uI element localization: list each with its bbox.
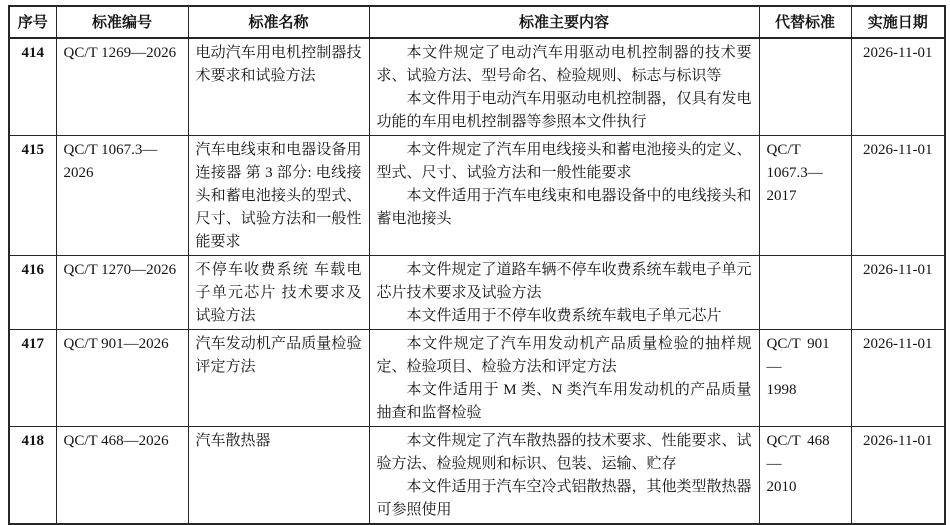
table-row: 415QC/T 1067.3—2026汽车电线束和电器设备用连接器 第 3 部分… bbox=[9, 136, 945, 256]
cell-main-content: 本文件规定了道路车辆不停车收费系统车载电子单元芯片技术要求及试验方法本文件适用于… bbox=[369, 256, 759, 330]
cell-serial-number: 416 bbox=[9, 256, 56, 330]
table-row: 414QC/T 1269—2026电动汽车用电机控制器技术要求和试验方法本文件规… bbox=[9, 38, 945, 136]
cell-replaced-standard: QC/T 901 — 1998 bbox=[759, 330, 851, 427]
cell-replaced-standard bbox=[759, 38, 851, 136]
content-paragraph: 本文件适用于汽车电线束和电器设备中的电线接头和蓄电池接头 bbox=[377, 185, 752, 231]
cell-replaced-standard: QC/T 1067.3— 2017 bbox=[759, 136, 851, 256]
cell-main-content: 本文件规定了汽车散热器的技术要求、性能要求、试验方法、检验规则和标识、包装、运输… bbox=[369, 427, 759, 525]
cell-standard-name: 汽车发动机产品质量检验评定方法 bbox=[188, 330, 369, 427]
cell-standard-code: QC/T 1270—2026 bbox=[56, 256, 188, 330]
cell-serial-number: 417 bbox=[9, 330, 56, 427]
cell-serial-number: 414 bbox=[9, 38, 56, 136]
content-paragraph: 本文件规定了汽车散热器的技术要求、性能要求、试验方法、检验规则和标识、包装、运输… bbox=[377, 430, 752, 476]
cell-main-content: 本文件规定了汽车用发动机产品质量检验的抽样规定、检验项目、检验方法和评定方法本文… bbox=[369, 330, 759, 427]
col-header-standard-code: 标准编号 bbox=[56, 6, 188, 38]
table-header-row: 序号 标准编号 标准名称 标准主要内容 代替标准 实施日期 bbox=[9, 6, 945, 38]
cell-standard-code: QC/T 901—2026 bbox=[56, 330, 188, 427]
col-header-main-content: 标准主要内容 bbox=[369, 6, 759, 38]
table-row: 417QC/T 901—2026汽车发动机产品质量检验评定方法本文件规定了汽车用… bbox=[9, 330, 945, 427]
col-header-standard-name: 标准名称 bbox=[188, 6, 369, 38]
col-header-serial-number: 序号 bbox=[9, 6, 56, 38]
content-paragraph: 本文件规定了汽车用电线接头和蓄电池接头的定义、型式、尺寸、试验方法和一般性能要求 bbox=[377, 139, 752, 185]
cell-serial-number: 415 bbox=[9, 136, 56, 256]
content-paragraph: 本文件规定了道路车辆不停车收费系统车载电子单元芯片技术要求及试验方法 bbox=[377, 259, 752, 305]
content-paragraph: 本文件规定了电动汽车用驱动电机控制器的技术要求、试验方法、型号命名、检验规则、标… bbox=[377, 42, 752, 88]
content-paragraph: 本文件适用于不停车收费系统车载电子单元芯片 bbox=[377, 305, 752, 328]
content-paragraph: 本文件规定了汽车用发动机产品质量检验的抽样规定、检验项目、检验方法和评定方法 bbox=[377, 333, 752, 379]
cell-main-content: 本文件规定了电动汽车用驱动电机控制器的技术要求、试验方法、型号命名、检验规则、标… bbox=[369, 38, 759, 136]
standards-document: 序号 标准编号 标准名称 标准主要内容 代替标准 实施日期 414QC/T 12… bbox=[8, 5, 944, 524]
cell-standard-name: 不停车收费系统 车载电子单元芯片 技术要求及试验方法 bbox=[188, 256, 369, 330]
content-paragraph: 本文件用于电动汽车用驱动电机控制器，仅具有发电功能的车用电机控制器等参照本文件执… bbox=[377, 88, 752, 134]
content-paragraph: 本文件适用于 M 类、N 类汽车用发动机的产品质量抽查和监督检验 bbox=[377, 379, 752, 425]
col-header-implementation-date: 实施日期 bbox=[851, 6, 945, 38]
cell-implementation-date: 2026-11-01 bbox=[851, 38, 945, 136]
table-body: 414QC/T 1269—2026电动汽车用电机控制器技术要求和试验方法本文件规… bbox=[9, 38, 945, 524]
cell-standard-name: 汽车散热器 bbox=[188, 427, 369, 525]
cell-implementation-date: 2026-11-01 bbox=[851, 256, 945, 330]
content-paragraph: 本文件适用于汽车空冷式铝散热器，其他类型散热器可参照使用 bbox=[377, 476, 752, 522]
table-row: 416QC/T 1270—2026不停车收费系统 车载电子单元芯片 技术要求及试… bbox=[9, 256, 945, 330]
cell-implementation-date: 2026-11-01 bbox=[851, 136, 945, 256]
cell-implementation-date: 2026-11-01 bbox=[851, 427, 945, 525]
cell-standard-name: 汽车电线束和电器设备用连接器 第 3 部分: 电线接头和蓄电池接头的型式、尺寸、… bbox=[188, 136, 369, 256]
cell-standard-code: QC/T 1269—2026 bbox=[56, 38, 188, 136]
cell-implementation-date: 2026-11-01 bbox=[851, 330, 945, 427]
cell-main-content: 本文件规定了汽车用电线接头和蓄电池接头的定义、型式、尺寸、试验方法和一般性能要求… bbox=[369, 136, 759, 256]
table-row: 418QC/T 468—2026汽车散热器本文件规定了汽车散热器的技术要求、性能… bbox=[9, 427, 945, 525]
cell-replaced-standard: QC/T 468 — 2010 bbox=[759, 427, 851, 525]
cell-serial-number: 418 bbox=[9, 427, 56, 525]
cell-standard-name: 电动汽车用电机控制器技术要求和试验方法 bbox=[188, 38, 369, 136]
standards-table: 序号 标准编号 标准名称 标准主要内容 代替标准 实施日期 414QC/T 12… bbox=[8, 5, 946, 524]
cell-replaced-standard bbox=[759, 256, 851, 330]
cell-standard-code: QC/T 1067.3—2026 bbox=[56, 136, 188, 256]
cell-standard-code: QC/T 468—2026 bbox=[56, 427, 188, 525]
col-header-replaced-standard: 代替标准 bbox=[759, 6, 851, 38]
